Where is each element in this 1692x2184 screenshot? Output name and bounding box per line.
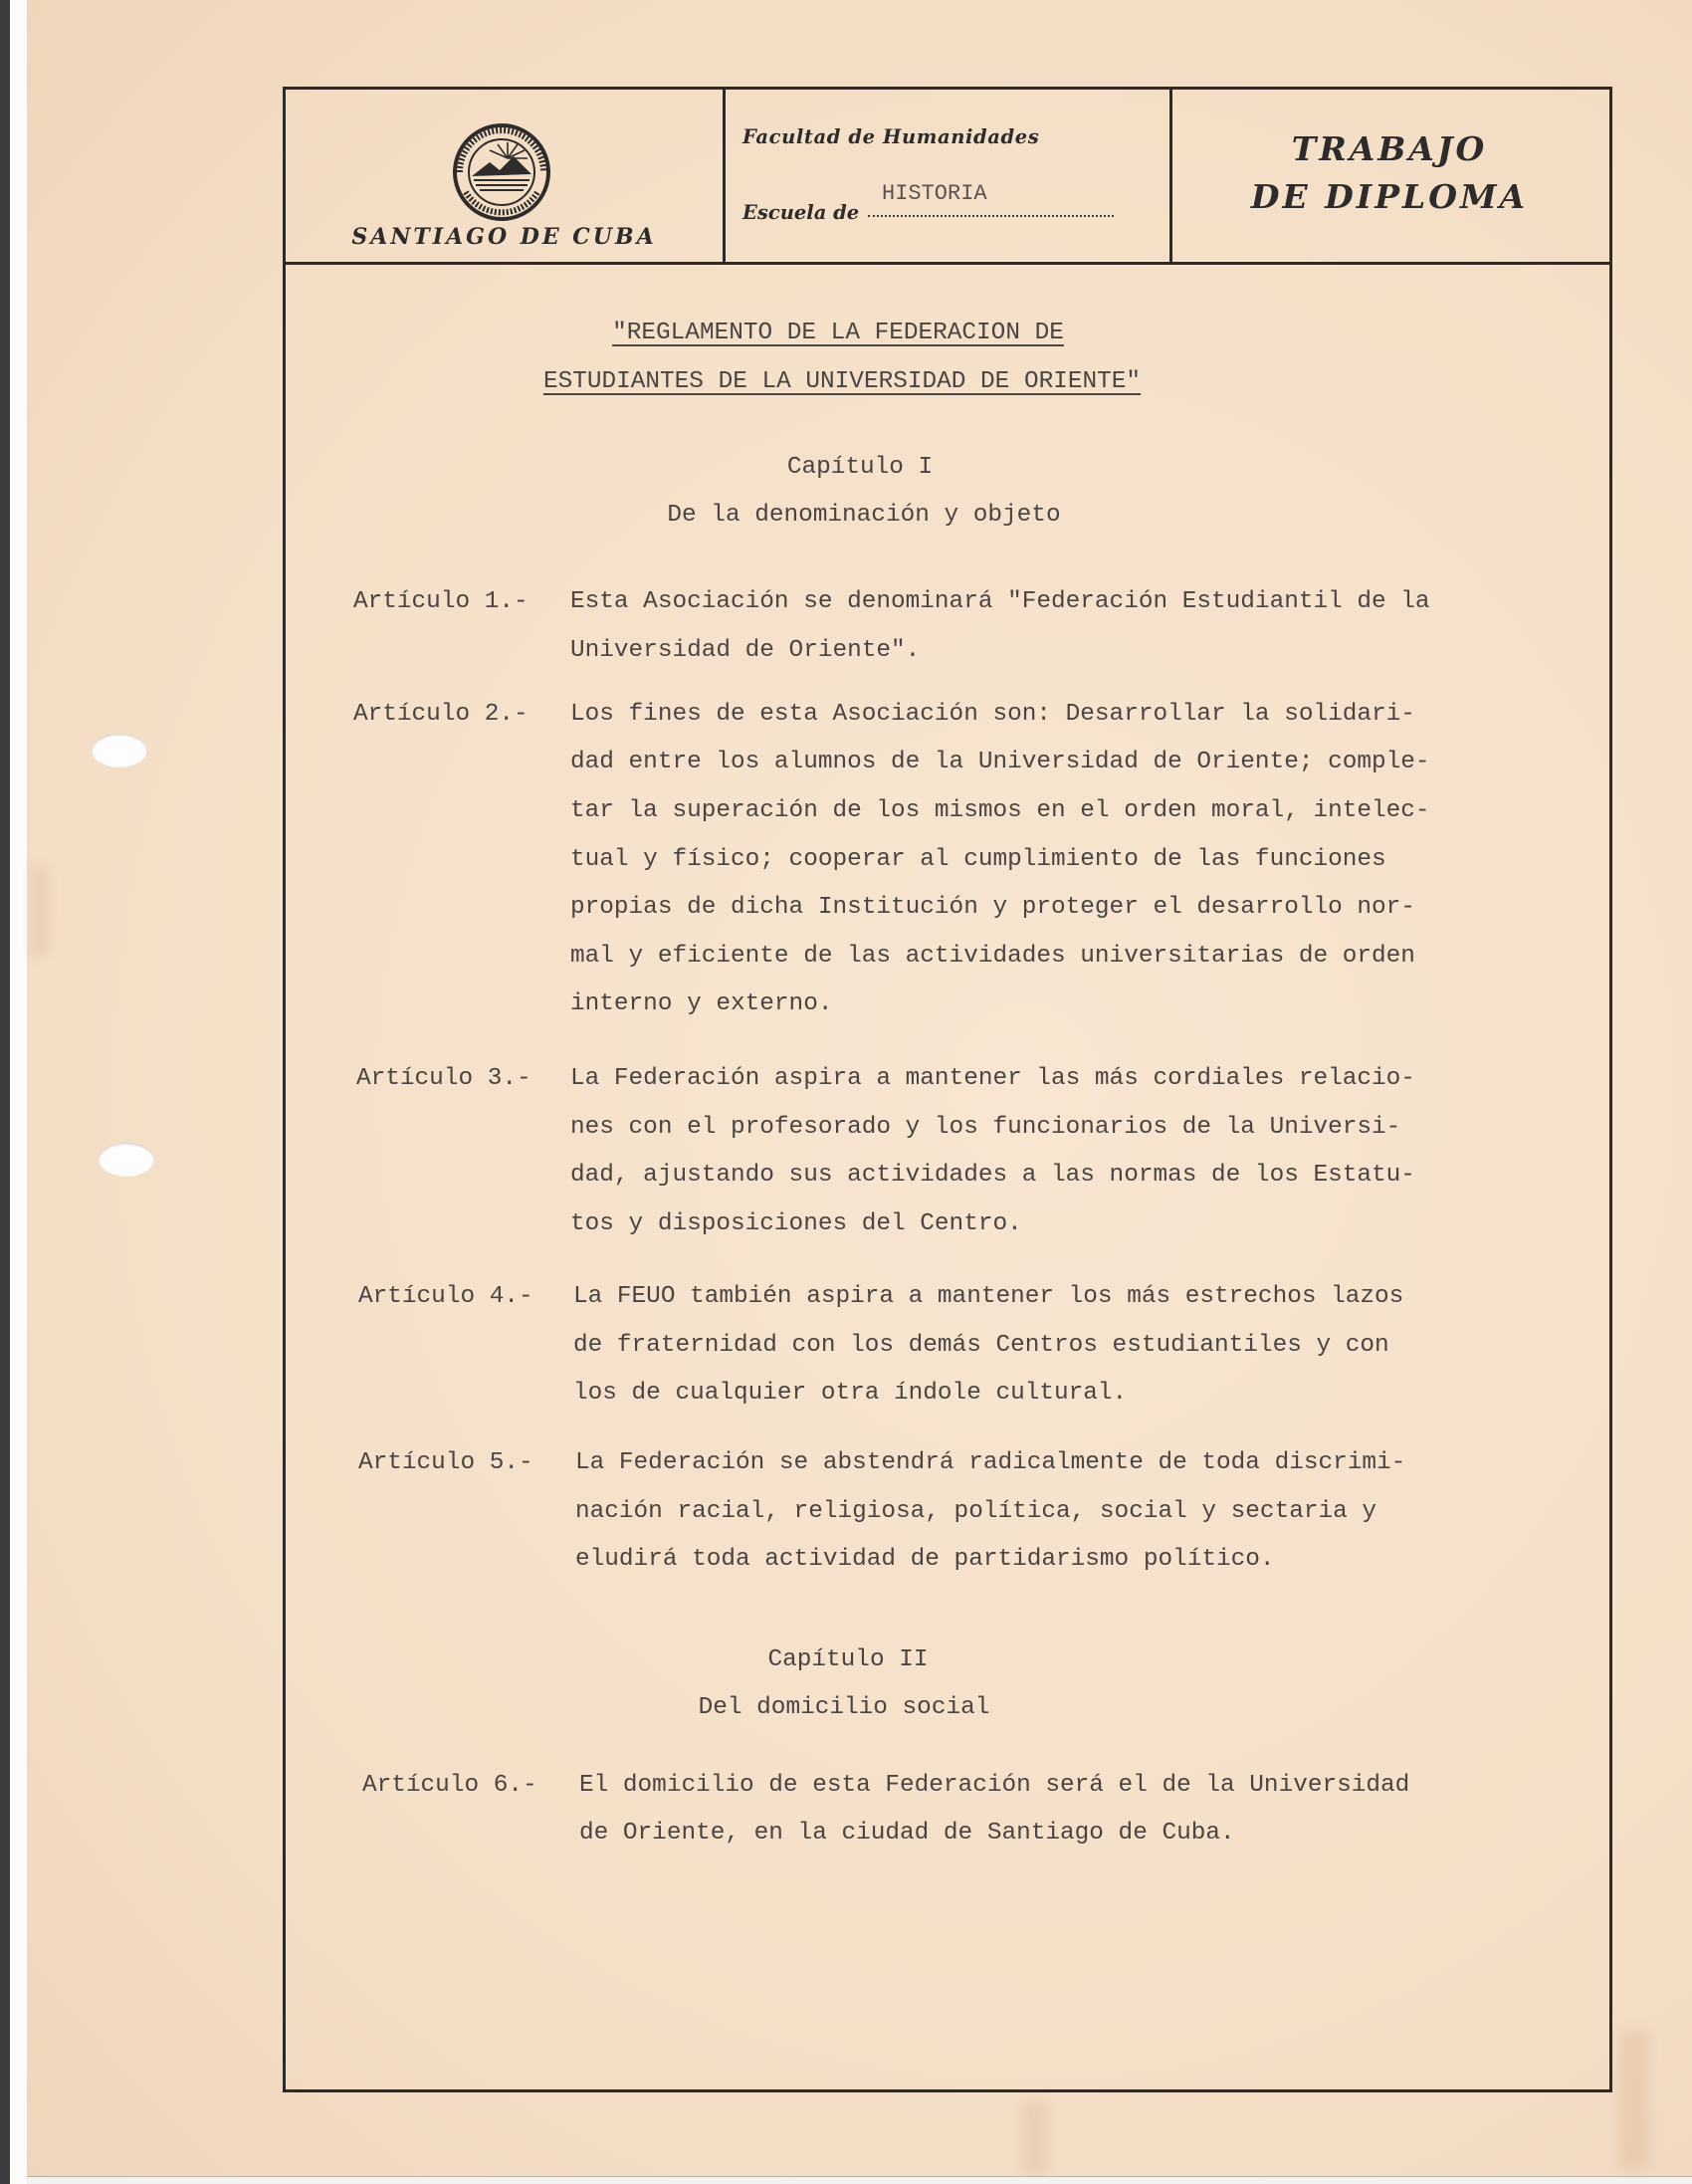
- chapter-subheading: Del domicilio social: [0, 1696, 1690, 1720]
- article-line: mal y eficiente de las actividades unive…: [570, 945, 1415, 969]
- chapter-subheading: De la denominación y objeto: [18, 504, 1692, 528]
- document-title-line1: "REGLAMENTO DE LA FEDERACION DE: [0, 322, 1684, 345]
- article-label: Artículo 4.-: [358, 1285, 533, 1309]
- article-line: La Federación se abstendrá radicalmente …: [575, 1451, 1405, 1475]
- article-line: tual y físico; cooperar al cumplimiento …: [570, 848, 1386, 872]
- article-label: Artículo 5.-: [358, 1451, 533, 1475]
- article-line: La FEUO también aspira a mantener los má…: [573, 1285, 1403, 1309]
- article-line: La Federación aspira a mantener las más …: [570, 1067, 1415, 1091]
- article-line: El domicilio de esta Federación será el …: [579, 1774, 1409, 1798]
- article-label: Artículo 6.-: [362, 1774, 537, 1798]
- document-title-line2: ESTUDIANTES DE LA UNIVERSIDAD DE ORIENTE…: [0, 370, 1688, 394]
- article-line: tar la superación de los mismos en el or…: [570, 799, 1430, 823]
- article-line: Los fines de esta Asociación son: Desarr…: [570, 703, 1415, 727]
- article-line: de Oriente, en la ciudad de Santiago de …: [579, 1822, 1235, 1846]
- article-line: interno y externo.: [570, 992, 832, 1016]
- article-line: Esta Asociación se denominará "Federació…: [570, 590, 1430, 614]
- document-body: "REGLAMENTO DE LA FEDERACION DE ESTUDIAN…: [0, 0, 1692, 2184]
- article-line: dad entre los alumnos de la Universidad …: [570, 751, 1430, 774]
- article-line: eludirá toda actividad de partidarismo p…: [575, 1548, 1275, 1572]
- article-label: Artículo 3.-: [356, 1067, 531, 1091]
- article-line: Universidad de Oriente".: [570, 639, 920, 663]
- article-line: tos y disposiciones del Centro.: [570, 1212, 1022, 1236]
- article-label: Artículo 1.-: [353, 590, 529, 614]
- article-line: propias de dicha Institución y proteger …: [570, 896, 1415, 920]
- chapter-heading: Capítulo II: [2, 1648, 1692, 1672]
- chapter-heading: Capítulo I: [14, 456, 1692, 480]
- article-label: Artículo 2.-: [353, 703, 529, 727]
- article-line: dad, ajustando sus actividades a las nor…: [570, 1164, 1415, 1188]
- article-line: nación racial, religiosa, política, soci…: [575, 1500, 1376, 1524]
- article-line: de fraternidad con los demás Centros est…: [573, 1334, 1389, 1358]
- article-line: los de cualquier otra índole cultural.: [573, 1382, 1127, 1406]
- article-line: nes con el profesorado y los funcionario…: [570, 1116, 1400, 1140]
